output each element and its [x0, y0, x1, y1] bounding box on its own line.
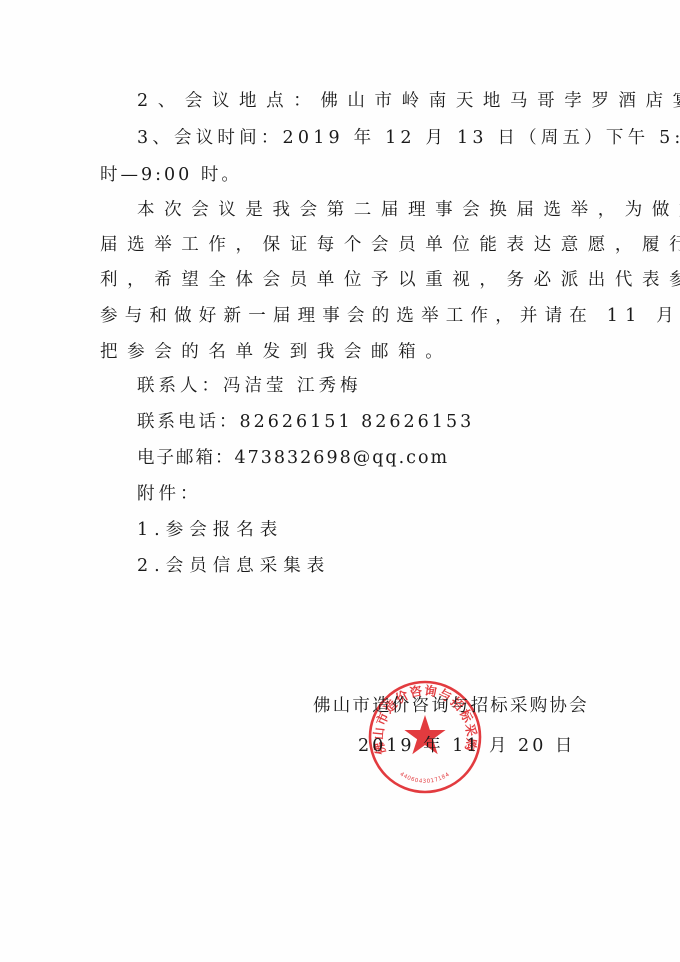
attachment-item-1: 1.参会报名表: [137, 519, 574, 541]
svg-text:4406043017184: 4406043017184: [399, 771, 451, 784]
meeting-location: 2、会议地点：佛山市岭南天地马哥孛罗酒店宴会二厅: [137, 90, 574, 112]
attachment-item-2: 2.会员信息采集表: [137, 555, 574, 577]
signature-organization: 佛山市造价咨询与招标采购协会: [313, 695, 589, 717]
attachments-label: 附件：: [137, 483, 574, 505]
document-page: 2、会议地点：佛山市岭南天地马哥孛罗酒店宴会二厅 3、会议时间：2019 年 1…: [0, 0, 680, 962]
body-paragraph-line-2: 届选举工作，保证每个会员单位能表达意愿，履行选举的权: [100, 234, 574, 256]
contact-person: 联系人：冯洁莹 江秀梅: [137, 375, 574, 397]
contact-phone: 联系电话：82626151 82626153: [137, 411, 574, 433]
body-paragraph-line-5: 把参会的名单发到我会邮箱。: [100, 341, 574, 363]
body-paragraph-line-4: 参与和做好新一届理事会的选举工作，并请在 11 月 28 日前: [100, 305, 574, 327]
contact-email: 电子邮箱：473832698@qq.com: [137, 447, 574, 469]
meeting-time-line1: 3、会议时间：2019 年 12 月 13 日（周五）下午 5:30: [137, 127, 574, 149]
body-paragraph-line-3: 利，希望全体会员单位予以重视，务必派出代表参加，共同: [100, 269, 574, 291]
meeting-time-line2: 时—9:00 时。: [100, 164, 574, 186]
body-paragraph-line-1: 本次会议是我会第二届理事会换届选举，为做好本次换: [137, 199, 574, 221]
signature-date: 2019 年 11 月 20 日: [358, 735, 575, 757]
